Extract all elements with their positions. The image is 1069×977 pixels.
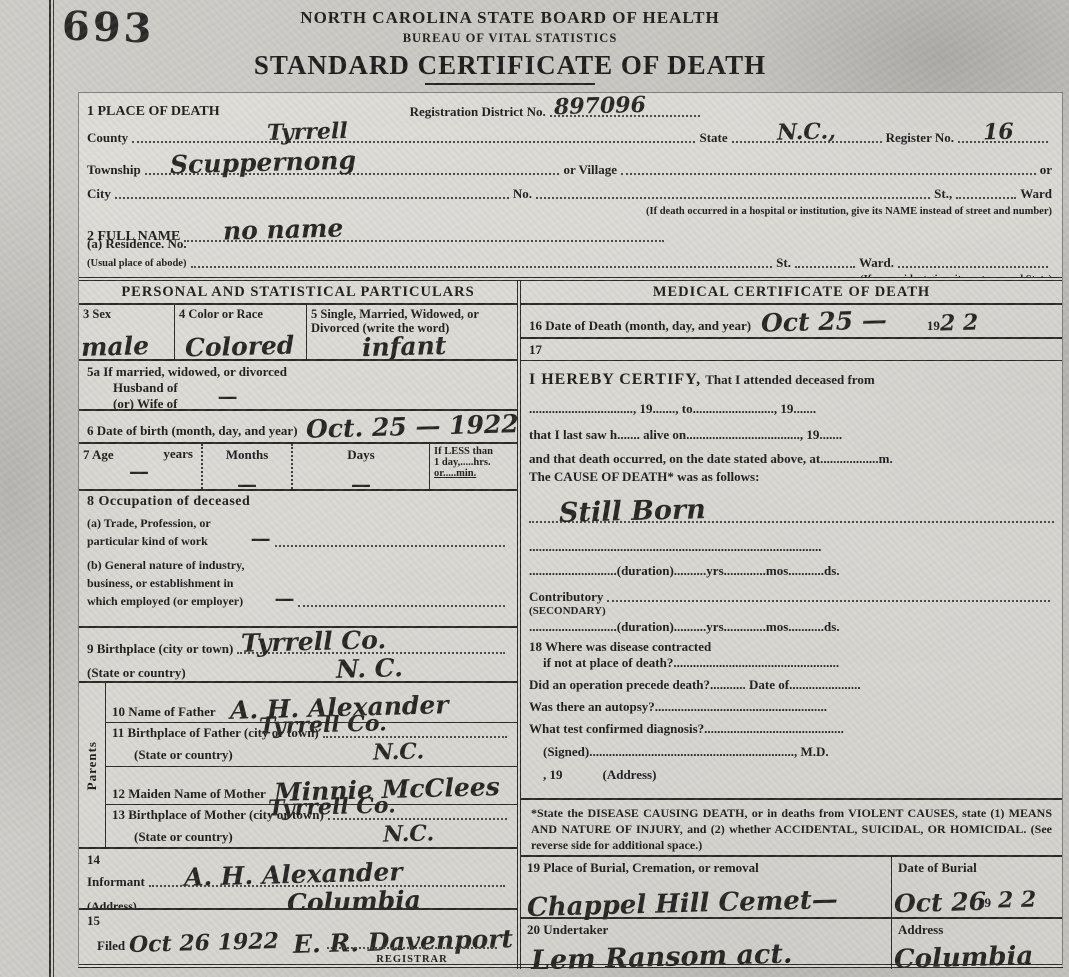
city-label: City (87, 186, 111, 202)
occ-a-label1: (a) Trade, Profession, or (87, 516, 211, 530)
birthplace-value: Tyrrell Co. (241, 628, 387, 656)
cause-extra-dots: ........................................… (529, 539, 1054, 555)
personal-particulars-column: PERSONAL AND STATISTICAL PARTICULARS 3 S… (79, 281, 521, 969)
undertaker-address-label: Address (898, 922, 1056, 938)
residence-ward-label: Ward. (859, 255, 894, 271)
informant-value: A. H. Alexander (184, 859, 403, 890)
house-no-label: No. (513, 186, 532, 202)
ward-label: Ward (1020, 186, 1052, 202)
certify-dates-line: ................................, 19....… (529, 401, 1054, 417)
board-of-health-line: NORTH CAROLINA STATE BOARD OF HEALTH (160, 8, 860, 28)
occ-b-label2: business, or establishment in (87, 576, 233, 590)
s18-line2: if not at place of death?...............… (529, 655, 1054, 671)
row-sex-race-marital: 3 Sex male 4 Color or Race Colored 5 Sin… (79, 305, 517, 362)
row-5a: 5a If married, widowed, or divorced Husb… (79, 361, 517, 410)
burial-date-value: Oct 26 (894, 889, 987, 916)
filed-date-value: Oct 26 1922 (129, 930, 279, 956)
signed-dots: ........................................… (589, 744, 794, 759)
parents-side-strip: Parents (79, 683, 106, 847)
s5a-wife-label: (or) Wife of (87, 396, 178, 410)
registration-district-label: Registration District No. (410, 104, 546, 120)
certify-rest: That I attended deceased from (705, 372, 874, 387)
or-village-label: or Village (563, 162, 617, 178)
full-name-value: no name (222, 215, 343, 243)
occ-a-value: — (251, 526, 271, 550)
city-line (115, 193, 509, 199)
personal-header: PERSONAL AND STATISTICAL PARTICULARS (79, 281, 517, 305)
residence-label: (a) Residence. No. (87, 236, 187, 251)
medical-certificate-column: MEDICAL CERTIFICATE OF DEATH 16 Date of … (521, 281, 1062, 969)
operation-line: Did an operation precede death?.........… (529, 677, 1054, 693)
death-occurred-line: and that death occurred, on the date sta… (529, 451, 1054, 467)
residence-st-label: St. (776, 255, 791, 271)
row-birthplace: 9 Birthplace (city or town) Tyrrell Co. … (79, 628, 517, 683)
dod-label: 16 Date of Death (month, day, and year) (529, 318, 751, 334)
autopsy-line: Was there an autopsy?...................… (529, 699, 1054, 715)
county-label: County (87, 130, 128, 146)
cause-of-death-value: Still Born (559, 496, 706, 527)
certify-bold: I HEREBY CERTIFY, (529, 371, 701, 388)
s5a-value: — (218, 384, 238, 408)
or-label: or (1040, 162, 1052, 178)
mother-state-label: (State or country) (112, 829, 233, 845)
state-value: N.C., (776, 120, 835, 144)
birthplace-label: 9 Birthplace (city or town) (87, 641, 233, 657)
dod-year-printed: 19 (927, 318, 940, 334)
occ-a-line (275, 541, 505, 547)
occ-b-label1: (b) General nature of industry, (87, 558, 244, 572)
cause-of-death-label: The CAUSE OF DEATH* was as follows: (529, 469, 1054, 485)
sex-value: male (81, 334, 150, 361)
occ-b-label3: which employed (or employer) (87, 594, 243, 608)
registration-district-value: 897096 (553, 94, 645, 118)
occupation-label: 8 Occupation of deceased (87, 494, 509, 510)
race-value: Colored (185, 333, 295, 361)
cause-line: Still Born (529, 487, 1054, 523)
parents-section: Parents 10 Name of Father A. H. Alexande… (79, 683, 517, 849)
marital-value: infant (362, 333, 447, 360)
occ-b-line (298, 601, 505, 607)
county-value: Tyrrell (267, 120, 348, 144)
county-line: Tyrrell (132, 137, 695, 143)
mother-bp-state-value: N.C. (382, 823, 434, 846)
burial-place-label: 19 Place of Burial, Cremation, or remova… (527, 860, 885, 876)
burial-date-label: Date of Burial (898, 860, 1056, 876)
age-days-label: Days (347, 447, 374, 462)
row-occupation: 8 Occupation of deceased (a) Trade, Prof… (79, 491, 517, 628)
occ-a-label2: particular kind of work (87, 534, 208, 548)
age-days-value: — (297, 472, 425, 491)
registrar-line: REGISTRAR (327, 943, 497, 967)
age-months-value: — (207, 472, 287, 491)
hospital-note: (If death occurred in a hospital or inst… (646, 206, 1052, 217)
section-17: 17 I HEREBY CERTIFY, That I attended dec… (521, 339, 1062, 798)
residence-ward-line (898, 262, 1048, 268)
occ-c-value: — (257, 616, 277, 628)
md-label: , M.D. (794, 744, 829, 759)
dob-label: 6 Date of birth (month, day, and year) (87, 423, 298, 439)
sex-label: 3 Sex (83, 307, 170, 321)
informant-address-label: (Address) (87, 899, 137, 910)
father-bp-line: Tyrrell Co. (323, 732, 507, 738)
street-label: St., (934, 186, 952, 202)
less-than-line2: 1 day,.....hrs. (434, 457, 513, 468)
father-name-label: 10 Name of Father (112, 704, 216, 720)
dod-year-value: 2 2 (940, 312, 979, 335)
dod-value: Oct 25 — (761, 307, 887, 335)
burial-place-value: Chappel Hill Cemet— (527, 887, 838, 921)
undertaker-address-value: Columbia (894, 943, 1034, 969)
township-value: Scuppernong (169, 148, 356, 178)
undertaker-value: Lem Ransom act. (531, 941, 793, 969)
masthead: NORTH CAROLINA STATE BOARD OF HEALTH BUR… (160, 8, 860, 88)
age-years-value: — (129, 459, 149, 483)
last-saw-line: that I last saw h....... alive on.......… (529, 427, 1054, 443)
undertaker-label: 20 Undertaker (527, 922, 885, 938)
residence-sublabel: (Usual place of abode) (87, 258, 186, 269)
father-bp-value: Tyrrell Co. (258, 713, 386, 738)
age-months-label: Months (226, 447, 269, 462)
informant-label: Informant (87, 874, 145, 890)
father-bp-state-value: N.C. (372, 741, 424, 764)
left-edge-double-rule (49, 0, 55, 977)
register-no-line: 16 (958, 137, 1048, 143)
year-19-label: , 19 (543, 767, 563, 783)
state-line: N.C., (732, 137, 882, 143)
signed-label: (Signed) (543, 744, 589, 759)
birthplace-state-value: N. C. (335, 655, 402, 682)
informant-address-value: Columbia (286, 888, 420, 911)
contributory-label: Contributory (529, 589, 603, 605)
s5a-label: 5a If married, widowed, or divorced (87, 364, 509, 380)
nonresident-note: (If nonresident give city or town and St… (860, 274, 1052, 281)
village-line (621, 169, 1036, 175)
street-line (956, 193, 1016, 199)
place-of-death-label: 1 PLACE OF DEATH (87, 104, 220, 120)
burial-year-value: 2 2 (998, 889, 1037, 912)
informant-line: A. H. Alexander (149, 881, 505, 887)
certificate-title: STANDARD CERTIFICATE OF DEATH (160, 50, 860, 81)
residence-line (191, 262, 772, 268)
race-label: 4 Color or Race (179, 307, 302, 321)
certificate-form: 1 PLACE OF DEATH Registration District N… (78, 92, 1063, 968)
row-mother-birthplace: 13 Birthplace of Mother (city or town) T… (106, 805, 517, 847)
township-line: Scuppernong (145, 169, 560, 175)
secondary-label: (SECONDARY) (529, 605, 1054, 617)
contributory-line (607, 596, 1050, 602)
death-certificate-scan: 693 NORTH CAROLINA STATE BOARD OF HEALTH… (0, 0, 1069, 977)
state-label: State (699, 130, 727, 146)
dob-value: Oct. 25 — 1922 (305, 411, 517, 442)
mother-bp-value: Tyrrell Co. (268, 795, 396, 820)
registration-district-line: 897096 (550, 111, 700, 117)
title-underline (425, 83, 595, 88)
medical-header: MEDICAL CERTIFICATE OF DEATH (521, 281, 1062, 305)
md-address-label: (Address) (603, 767, 657, 783)
section-place-of-death: 1 PLACE OF DEATH Registration District N… (79, 93, 1062, 281)
row-date-of-birth: 6 Date of birth (month, day, and year) O… (79, 411, 517, 444)
house-no-line (536, 193, 930, 199)
age-label: 7 Age (83, 447, 114, 462)
row-undertaker: 20 Undertaker Lem Ransom act. Address Co… (521, 919, 1062, 969)
test-line: What test confirmed diagnosis?..........… (529, 721, 1054, 737)
mother-bp-line: Tyrrell Co. (328, 814, 507, 820)
row-age: 7 Age years — Months — Days — If LESS th… (79, 444, 517, 491)
less-than-line3: or.....min. (434, 468, 513, 479)
birthplace-state-label: (State or country) (87, 665, 186, 681)
row-burial: 19 Place of Burial, Cremation, or remova… (521, 857, 1062, 919)
duration-line-2: ...........................(duration)...… (529, 619, 1054, 635)
age-years-label: years (163, 446, 193, 462)
row-father-birthplace: 11 Birthplace of Father (city or town) T… (106, 723, 517, 767)
item-17-number: 17 (521, 341, 1062, 361)
s5a-husband-label: Husband of (87, 380, 178, 396)
mother-name-label: 12 Maiden Name of Mother (112, 786, 266, 802)
register-no-value: 16 (983, 121, 1014, 144)
less-than-line1: If LESS than (434, 446, 513, 457)
certificate-number-stamp: 693 (61, 2, 155, 52)
township-label: Township (87, 162, 141, 178)
cause-footnote: *State the DISEASE CAUSING DEATH, or in … (521, 798, 1062, 857)
row-filed: 15 Filed Oct 26 1922 E. R. Davenport REG… (79, 910, 517, 969)
residence-st-line (795, 262, 855, 268)
parents-side-label: Parents (84, 741, 100, 790)
bureau-line: BUREAU OF VITAL STATISTICS (160, 31, 860, 46)
row-date-of-death: 16 Date of Death (month, day, and year) … (521, 305, 1062, 339)
register-no-label: Register No. (886, 130, 954, 146)
s18-line1: 18 Where was disease contracted (529, 639, 1054, 655)
registrar-label: REGISTRAR (376, 954, 447, 965)
burial-year-printed: 19 (978, 895, 991, 911)
filed-label: Filed (97, 938, 125, 954)
duration-line: ...........................(duration)...… (529, 563, 1054, 579)
row-informant: 14 Informant A. H. Alexander (Address) C… (79, 849, 517, 910)
father-state-label: (State or country) (112, 747, 233, 763)
full-name-line: no name (184, 236, 664, 242)
occ-b-value: — (274, 586, 294, 610)
